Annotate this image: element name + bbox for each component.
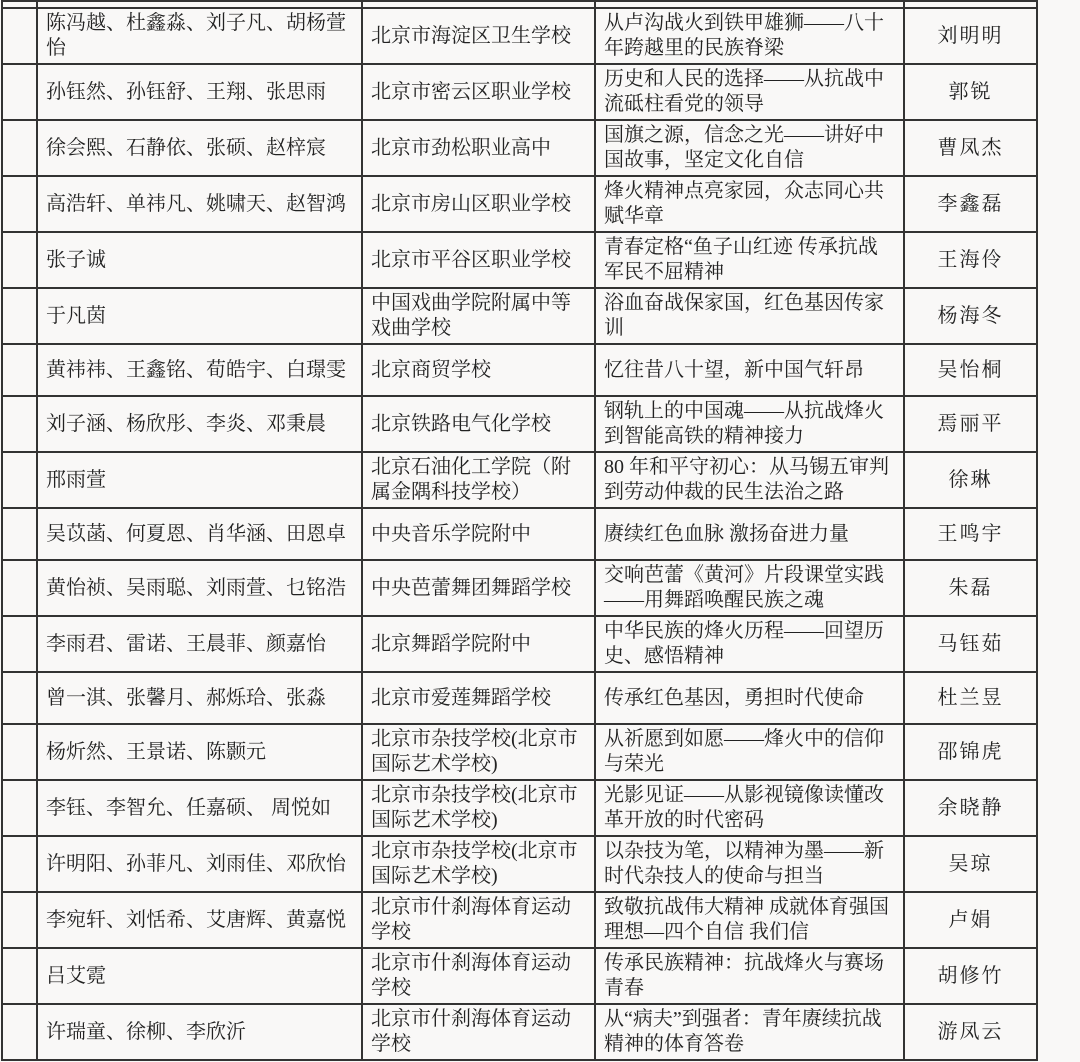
students-cell: 李宛轩、刘恬希、艾唐辉、黄嘉悦 (37, 892, 362, 948)
table-row: 孙钰然、孙钰舒、王翔、张思雨 北京市密云区职业学校 历史和人民的选择——从抗战中… (2, 64, 1037, 120)
work-title-cell: 交响芭蕾《黄河》片段课堂实践——用舞蹈唤醒民族之魂 (595, 560, 904, 616)
table-row: 李钰、李智允、任嘉硕、 周悦如 北京市杂技学校(北京市国际艺术学校) 光影见证—… (2, 780, 1037, 836)
table-row: 黄祎祎、王鑫铭、荀皓宇、白璟雯 北京商贸学校 忆往昔八十望，新中国气轩昂 吴怡桐 (2, 344, 1037, 396)
table-row: 于凡茵 中国戏曲学院附属中等戏曲学校 浴血奋战保家国，红色基因传家训 杨海冬 (2, 288, 1037, 344)
work-title-cell: 传承红色基因，勇担时代使命 (595, 672, 904, 724)
table-row: 黄怡祯、吴雨聪、刘雨萱、乜铭浩 中央芭蕾舞团舞蹈学校 交响芭蕾《黄河》片段课堂实… (2, 560, 1037, 616)
cropped-column-cell (2, 616, 37, 672)
teacher-cell: 刘明明 (904, 8, 1037, 64)
school-cell: 北京市房山区职业学校 (362, 176, 595, 232)
students-cell: 杨炘然、王景诺、陈颢元 (37, 724, 362, 780)
cropped-cell (362, 1, 595, 8)
work-title-cell: 传承民族精神：抗战烽火与赛场青春 (595, 948, 904, 1004)
students-cell: 李雨君、雷诺、王晨菲、颜嘉怡 (37, 616, 362, 672)
work-title-cell: 中华民族的烽火历程——回望历史、感悟精神 (595, 616, 904, 672)
cropped-column-cell (2, 120, 37, 176)
table-row: 张子诚 北京市平谷区职业学校 青春定格“鱼子山红迹 传承抗战军民不屈精神 王海伶 (2, 232, 1037, 288)
teacher-cell: 邵锦虎 (904, 724, 1037, 780)
cropped-column-cell (2, 892, 37, 948)
students-cell: 于凡茵 (37, 288, 362, 344)
school-cell: 北京市海淀区卫生学校 (362, 8, 595, 64)
teacher-cell: 郭锐 (904, 64, 1037, 120)
students-cell: 吕艾霓 (37, 948, 362, 1004)
students-cell: 徐会熙、石静依、张硕、赵梓宸 (37, 120, 362, 176)
cropped-column-cell (2, 560, 37, 616)
students-cell: 曾一淇、张馨月、郝烁珨、张淼 (37, 672, 362, 724)
teacher-cell: 胡修竹 (904, 948, 1037, 1004)
teacher-cell: 朱磊 (904, 560, 1037, 616)
cropped-column-cell (2, 64, 37, 120)
students-cell: 陈冯越、杜鑫淼、刘子凡、胡杨萱怡 (37, 8, 362, 64)
cropped-column-cell (2, 836, 37, 892)
cropped-column-cell (2, 948, 37, 1004)
table-row: 曾一淇、张馨月、郝烁珨、张淼 北京市爱莲舞蹈学校 传承红色基因，勇担时代使命 杜… (2, 672, 1037, 724)
school-cell: 北京市杂技学校(北京市国际艺术学校) (362, 724, 595, 780)
cropped-column-cell (2, 724, 37, 780)
table-row: 吕艾霓 北京市什刹海体育运动学校 传承民族精神：抗战烽火与赛场青春 胡修竹 (2, 948, 1037, 1004)
award-table-body: 陈冯越、杜鑫淼、刘子凡、胡杨萱怡 北京市海淀区卫生学校 从卢沟战火到铁甲雄狮——… (2, 1, 1037, 1060)
table-row: 李雨君、雷诺、王晨菲、颜嘉怡 北京舞蹈学院附中 中华民族的烽火历程——回望历史、… (2, 616, 1037, 672)
school-cell: 北京舞蹈学院附中 (362, 616, 595, 672)
students-cell: 高浩轩、单祎凡、姚啸天、赵智鸿 (37, 176, 362, 232)
students-cell: 许瑞童、徐柳、李欣沂 (37, 1004, 362, 1060)
table-row: 许明阳、孙菲凡、刘雨佳、邓欣怡 北京市杂技学校(北京市国际艺术学校) 以杂技为笔… (2, 836, 1037, 892)
cropped-top-row (2, 1, 1037, 8)
teacher-cell: 李鑫磊 (904, 176, 1037, 232)
students-cell: 黄祎祎、王鑫铭、荀皓宇、白璟雯 (37, 344, 362, 396)
work-title-cell: 烽火精神点亮家园，众志同心共赋华章 (595, 176, 904, 232)
school-cell: 中央音乐学院附中 (362, 508, 595, 560)
school-cell: 北京铁路电气化学校 (362, 396, 595, 452)
table-row: 徐会熙、石静依、张硕、赵梓宸 北京市劲松职业高中 国旗之源，信念之光——讲好中国… (2, 120, 1037, 176)
work-title-cell: 历史和人民的选择——从抗战中流砥柱看党的领导 (595, 64, 904, 120)
school-cell: 北京市什刹海体育运动学校 (362, 1004, 595, 1060)
cropped-column-cell (2, 672, 37, 724)
work-title-cell: 80 年和平守初心：从马锡五审判到劳动仲裁的民生法治之路 (595, 452, 904, 508)
students-cell: 邢雨萱 (37, 452, 362, 508)
teacher-cell: 杨海冬 (904, 288, 1037, 344)
table-row: 吴苡菡、何夏恩、肖华涵、田恩卓 中央音乐学院附中 赓续红色血脉 激扬奋进力量 王… (2, 508, 1037, 560)
school-cell: 北京市爱莲舞蹈学校 (362, 672, 595, 724)
table-row: 杨炘然、王景诺、陈颢元 北京市杂技学校(北京市国际艺术学校) 从祈愿到如愿——烽… (2, 724, 1037, 780)
teacher-cell: 马钰茹 (904, 616, 1037, 672)
work-title-cell: 从卢沟战火到铁甲雄狮——八十年跨越里的民族脊梁 (595, 8, 904, 64)
table-row: 刘子涵、杨欣彤、李炎、邓秉晨 北京铁路电气化学校 钢轨上的中国魂——从抗战烽火到… (2, 396, 1037, 452)
table-row: 许瑞童、徐柳、李欣沂 北京市什刹海体育运动学校 从“病夫”到强者：青年赓续抗战精… (2, 1004, 1037, 1060)
table-row: 邢雨萱 北京石油化工学院（附属金隅科技学校） 80 年和平守初心：从马锡五审判到… (2, 452, 1037, 508)
school-cell: 北京市杂技学校(北京市国际艺术学校) (362, 836, 595, 892)
teacher-cell: 余晓静 (904, 780, 1037, 836)
students-cell: 刘子涵、杨欣彤、李炎、邓秉晨 (37, 396, 362, 452)
scanned-award-list-page: 陈冯越、杜鑫淼、刘子凡、胡杨萱怡 北京市海淀区卫生学校 从卢沟战火到铁甲雄狮——… (0, 0, 1080, 1062)
work-title-cell: 赓续红色血脉 激扬奋进力量 (595, 508, 904, 560)
school-cell: 北京市劲松职业高中 (362, 120, 595, 176)
students-cell: 孙钰然、孙钰舒、王翔、张思雨 (37, 64, 362, 120)
school-cell: 北京市密云区职业学校 (362, 64, 595, 120)
teacher-cell: 王鸣宇 (904, 508, 1037, 560)
work-title-cell: 从“病夫”到强者：青年赓续抗战精神的体育答卷 (595, 1004, 904, 1060)
students-cell: 李钰、李智允、任嘉硕、 周悦如 (37, 780, 362, 836)
students-cell: 吴苡菡、何夏恩、肖华涵、田恩卓 (37, 508, 362, 560)
table-row: 高浩轩、单祎凡、姚啸天、赵智鸿 北京市房山区职业学校 烽火精神点亮家园，众志同心… (2, 176, 1037, 232)
cropped-column-cell (2, 1004, 37, 1060)
award-table: 陈冯越、杜鑫淼、刘子凡、胡杨萱怡 北京市海淀区卫生学校 从卢沟战火到铁甲雄狮——… (1, 0, 1038, 1061)
cropped-column-cell (2, 452, 37, 508)
work-title-cell: 致敬抗战伟大精神 成就体育强国理想—四个自信 我们信 (595, 892, 904, 948)
teacher-cell: 曹凤杰 (904, 120, 1037, 176)
work-title-cell: 浴血奋战保家国，红色基因传家训 (595, 288, 904, 344)
school-cell: 北京市什刹海体育运动学校 (362, 948, 595, 1004)
cropped-column-cell (2, 176, 37, 232)
school-cell: 中央芭蕾舞团舞蹈学校 (362, 560, 595, 616)
cropped-column-cell (2, 8, 37, 64)
work-title-cell: 以杂技为笔，以精神为墨——新时代杂技人的使命与担当 (595, 836, 904, 892)
school-cell: 北京商贸学校 (362, 344, 595, 396)
school-cell: 北京石油化工学院（附属金隅科技学校） (362, 452, 595, 508)
work-title-cell: 钢轨上的中国魂——从抗战烽火到智能高铁的精神接力 (595, 396, 904, 452)
cropped-column-cell (2, 344, 37, 396)
teacher-cell: 杜兰昱 (904, 672, 1037, 724)
teacher-cell: 徐琳 (904, 452, 1037, 508)
work-title-cell: 光影见证——从影视镜像读懂改革开放的时代密码 (595, 780, 904, 836)
cropped-column-cell (2, 232, 37, 288)
students-cell: 黄怡祯、吴雨聪、刘雨萱、乜铭浩 (37, 560, 362, 616)
school-cell: 中国戏曲学院附属中等戏曲学校 (362, 288, 595, 344)
work-title-cell: 忆往昔八十望，新中国气轩昂 (595, 344, 904, 396)
work-title-cell: 国旗之源，信念之光——讲好中国故事，坚定文化自信 (595, 120, 904, 176)
teacher-cell: 吴怡桐 (904, 344, 1037, 396)
students-cell: 许明阳、孙菲凡、刘雨佳、邓欣怡 (37, 836, 362, 892)
work-title-cell: 从祈愿到如愿——烽火中的信仰与荣光 (595, 724, 904, 780)
teacher-cell: 卢娟 (904, 892, 1037, 948)
table-row: 李宛轩、刘恬希、艾唐辉、黄嘉悦 北京市什刹海体育运动学校 致敬抗战伟大精神 成就… (2, 892, 1037, 948)
cropped-column-cell (2, 396, 37, 452)
teacher-cell: 吴琼 (904, 836, 1037, 892)
cropped-cell (2, 1, 37, 8)
cropped-cell (595, 1, 904, 8)
school-cell: 北京市什刹海体育运动学校 (362, 892, 595, 948)
teacher-cell: 王海伶 (904, 232, 1037, 288)
school-cell: 北京市杂技学校(北京市国际艺术学校) (362, 780, 595, 836)
work-title-cell: 青春定格“鱼子山红迹 传承抗战军民不屈精神 (595, 232, 904, 288)
cropped-cell (37, 1, 362, 8)
teacher-cell: 游凤云 (904, 1004, 1037, 1060)
cropped-cell (904, 1, 1037, 8)
cropped-column-cell (2, 288, 37, 344)
cropped-column-cell (2, 780, 37, 836)
school-cell: 北京市平谷区职业学校 (362, 232, 595, 288)
cropped-column-cell (2, 508, 37, 560)
teacher-cell: 焉丽平 (904, 396, 1037, 452)
students-cell: 张子诚 (37, 232, 362, 288)
table-row: 陈冯越、杜鑫淼、刘子凡、胡杨萱怡 北京市海淀区卫生学校 从卢沟战火到铁甲雄狮——… (2, 8, 1037, 64)
